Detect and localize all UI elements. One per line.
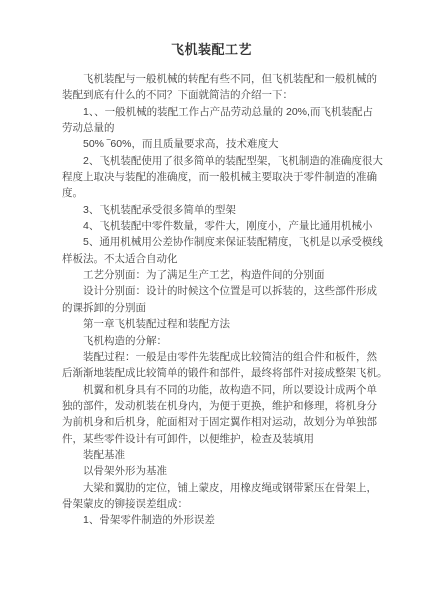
document-body: 飞机装配与一般机械的转配有些不同，但飞机装配和一般机械的装配到底有什么的不同？下… (62, 71, 361, 529)
text-line: 的课拆卸的分别面 (62, 300, 361, 316)
text-line: 程度上取决与装配的准确度，而一般机械主要取决于零件制造的准确 (62, 169, 361, 185)
text-line: 2、飞机装配使用了很多简单的装配型架，飞机制造的准确度很大 (62, 153, 361, 169)
text-line: 后渐渐地装配成比较简单的锻件和部件，最终将部件对接成整架飞机。 (62, 365, 361, 381)
text-line: 3、飞机装配承受很多简单的型架 (62, 202, 361, 218)
text-line: 1、骨架零件制造的外形误差 (62, 512, 361, 528)
text-line: 设计分别面：设计的时候这个位置是可以拆装的，这些部件形成 (62, 283, 361, 299)
text-line: 机翼和机身具有不同的功能，故构造不同，所以要设计成两个单 (62, 382, 361, 398)
text-line: 样板法。不太适合自动化 (62, 251, 361, 267)
text-line: 劳动总量的 (62, 120, 361, 136)
text-line: 独的部件，发动机装在机身内，为便于更换，维护和修理，将机身分 (62, 398, 361, 414)
text-line: 1、、一般机械的装配工作占产品劳动总量的 20%,而飞机装配占 (62, 104, 361, 120)
document-title: 飞机装配工艺 (62, 42, 361, 58)
text-line: 度。 (62, 185, 361, 201)
text-line: 为前机身和后机身，舵面相对于固定翼作相对运动，故划分为单独部 (62, 414, 361, 430)
text-line: 装配到底有什么的不同？下面就简洁的介绍一下： (62, 87, 361, 103)
text-line: 飞机构造的分解： (62, 333, 361, 349)
text-line: 骨架蒙皮的铆接误差组成： (62, 496, 361, 512)
text-line: 装配基准 (62, 447, 361, 463)
text-line: 飞机装配与一般机械的转配有些不同，但飞机装配和一般机械的 (62, 71, 361, 87)
text-line: 以骨架外形为基准 (62, 463, 361, 479)
text-line: 装配过程：一般是由零件先装配成比较简洁的组合件和板件，然 (62, 349, 361, 365)
text-line: 工艺分别面：为了满足生产工艺，构造件间的分别面 (62, 267, 361, 283)
text-line: 第一章飞机装配过程和装配方法 (62, 316, 361, 332)
text-line: 50% ‾60%，而且质量要求高，技术难度大 (62, 136, 361, 152)
text-line: 件，某些零件设计有可卸件，以便维护，检查及装填用 (62, 431, 361, 447)
text-line: 5、通用机械用公差协作制度来保证装配精度，飞机是以承受模线 (62, 234, 361, 250)
document-page: 飞机装配工艺 飞机装配与一般机械的转配有些不同，但飞机装配和一般机械的装配到底有… (0, 0, 424, 600)
text-line: 4、飞机装配中零件数量，零件大，刚度小，产量比通用机械小 (62, 218, 361, 234)
text-line: 大梁和翼肋的定位，铺上蒙皮，用橡皮绳或钢带紧压在骨架上， (62, 480, 361, 496)
